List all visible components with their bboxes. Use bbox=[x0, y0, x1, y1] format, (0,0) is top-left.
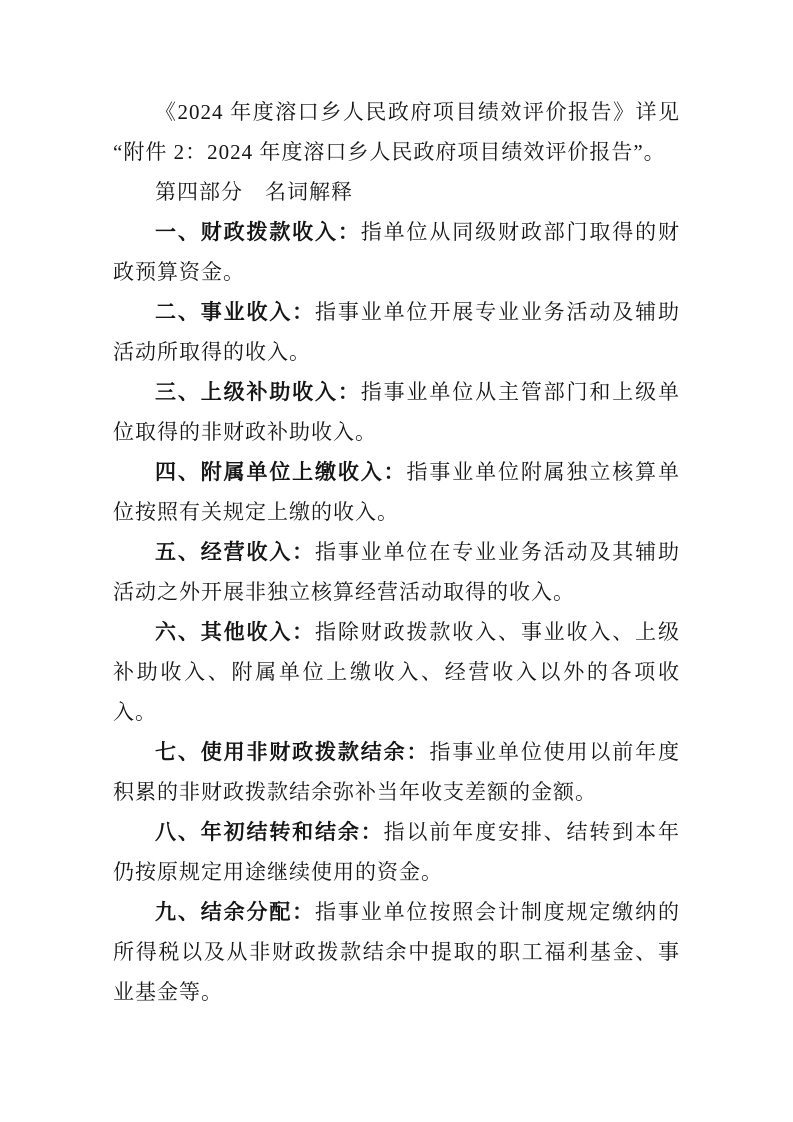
term-paragraph: 八、年初结转和结余：指以前年度安排、结转到本年仍按原规定用途继续使用的资金。 bbox=[113, 812, 680, 892]
term-label: 五、经营收入： bbox=[155, 540, 315, 564]
term-label: 二、事业收入： bbox=[155, 300, 315, 324]
term-paragraph: 三、上级补助收入：指事业单位从主管部门和上级单位取得的非财政补助收入。 bbox=[113, 372, 680, 452]
intro-text: 《2024 年度溶口乡人民政府项目绩效评价报告》详见“附件 2：2024 年度溶… bbox=[113, 100, 680, 164]
document-body: 《2024 年度溶口乡人民政府项目绩效评价报告》详见“附件 2：2024 年度溶… bbox=[113, 92, 680, 1012]
intro-paragraph: 《2024 年度溶口乡人民政府项目绩效评价报告》详见“附件 2：2024 年度溶… bbox=[113, 92, 680, 172]
document-page: 《2024 年度溶口乡人民政府项目绩效评价报告》详见“附件 2：2024 年度溶… bbox=[0, 0, 793, 1122]
term-label: 三、上级补助收入： bbox=[155, 380, 361, 404]
term-paragraph: 二、事业收入：指事业单位开展专业业务活动及辅助活动所取得的收入。 bbox=[113, 292, 680, 372]
term-paragraph: 五、经营收入：指事业单位在专业业务活动及其辅助活动之外开展非独立核算经营活动取得… bbox=[113, 532, 680, 612]
term-label: 八、年初结转和结余： bbox=[155, 820, 384, 844]
section-heading-text: 第四部分 名词解释 bbox=[155, 180, 353, 204]
term-label: 九、结余分配： bbox=[155, 900, 315, 924]
term-paragraph: 六、其他收入：指除财政拨款收入、事业收入、上级补助收入、附属单位上缴收入、经营收… bbox=[113, 612, 680, 732]
term-label: 四、附属单位上缴收入： bbox=[155, 460, 407, 484]
term-paragraph: 七、使用非财政拨款结余：指事业单位使用以前年度积累的非财政拨款结余弥补当年收支差… bbox=[113, 732, 680, 812]
term-paragraph: 一、财政拨款收入：指单位从同级财政部门取得的财政预算资金。 bbox=[113, 212, 680, 292]
term-paragraph: 四、附属单位上缴收入：指事业单位附属独立核算单位按照有关规定上缴的收入。 bbox=[113, 452, 680, 532]
section-heading: 第四部分 名词解释 bbox=[113, 172, 680, 212]
term-label: 六、其他收入： bbox=[155, 620, 315, 644]
term-label: 一、财政拨款收入： bbox=[155, 220, 361, 244]
term-label: 七、使用非财政拨款结余： bbox=[155, 740, 429, 764]
term-paragraph: 九、结余分配：指事业单位按照会计制度规定缴纳的所得税以及从非财政拨款结余中提取的… bbox=[113, 892, 680, 1012]
